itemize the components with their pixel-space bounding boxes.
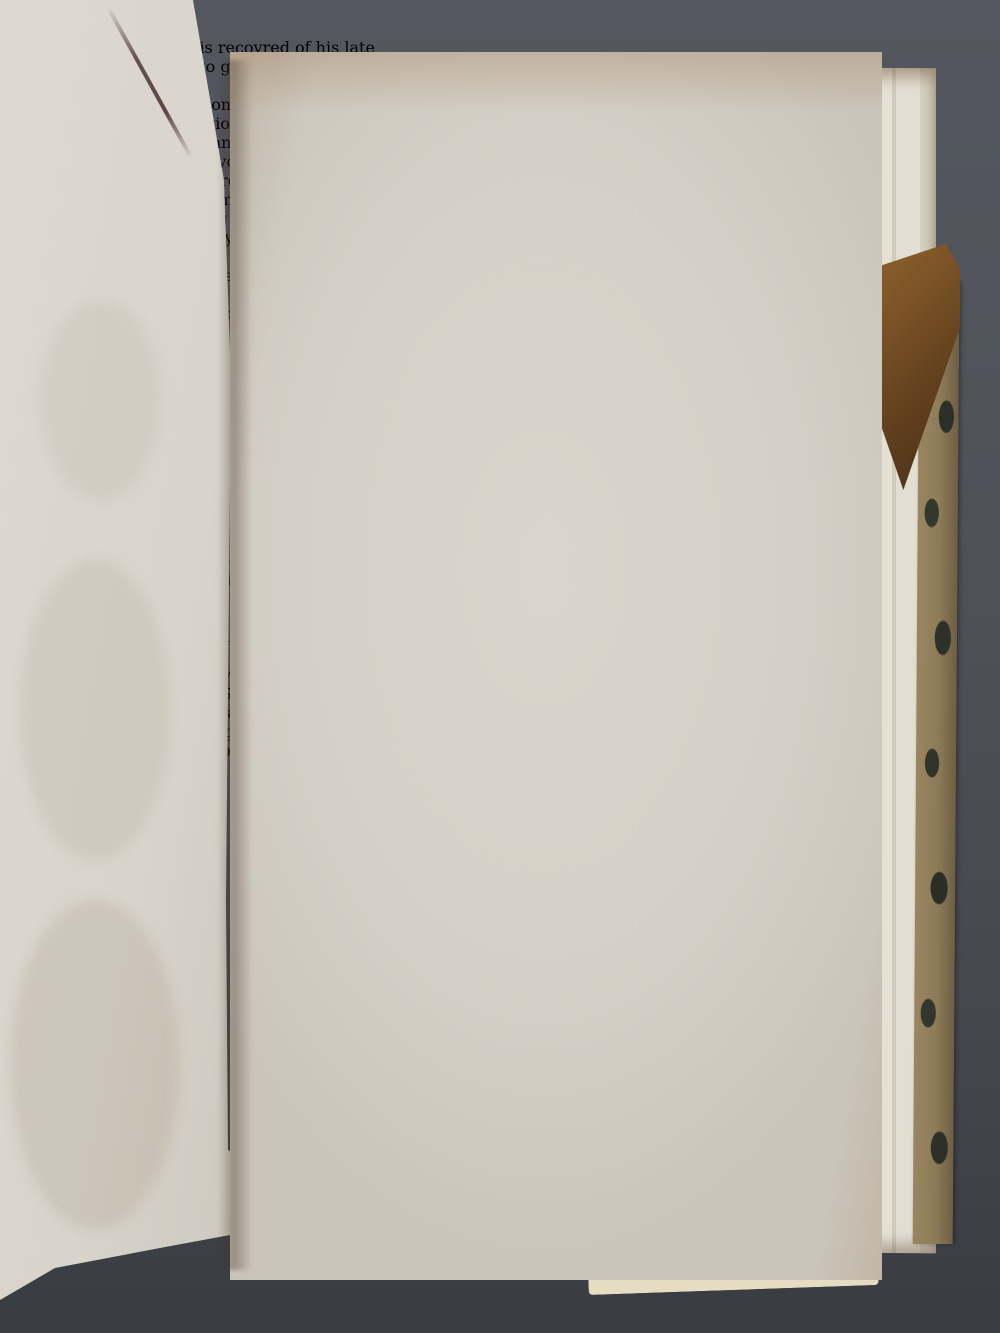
ink-streak xyxy=(106,6,193,158)
gutter-shadow xyxy=(218,60,252,1270)
bleedthrough-smudge xyxy=(10,900,180,1230)
bleedthrough-smudge xyxy=(40,300,160,500)
manuscript-page xyxy=(230,52,882,1280)
bleedthrough-smudge xyxy=(20,560,170,860)
